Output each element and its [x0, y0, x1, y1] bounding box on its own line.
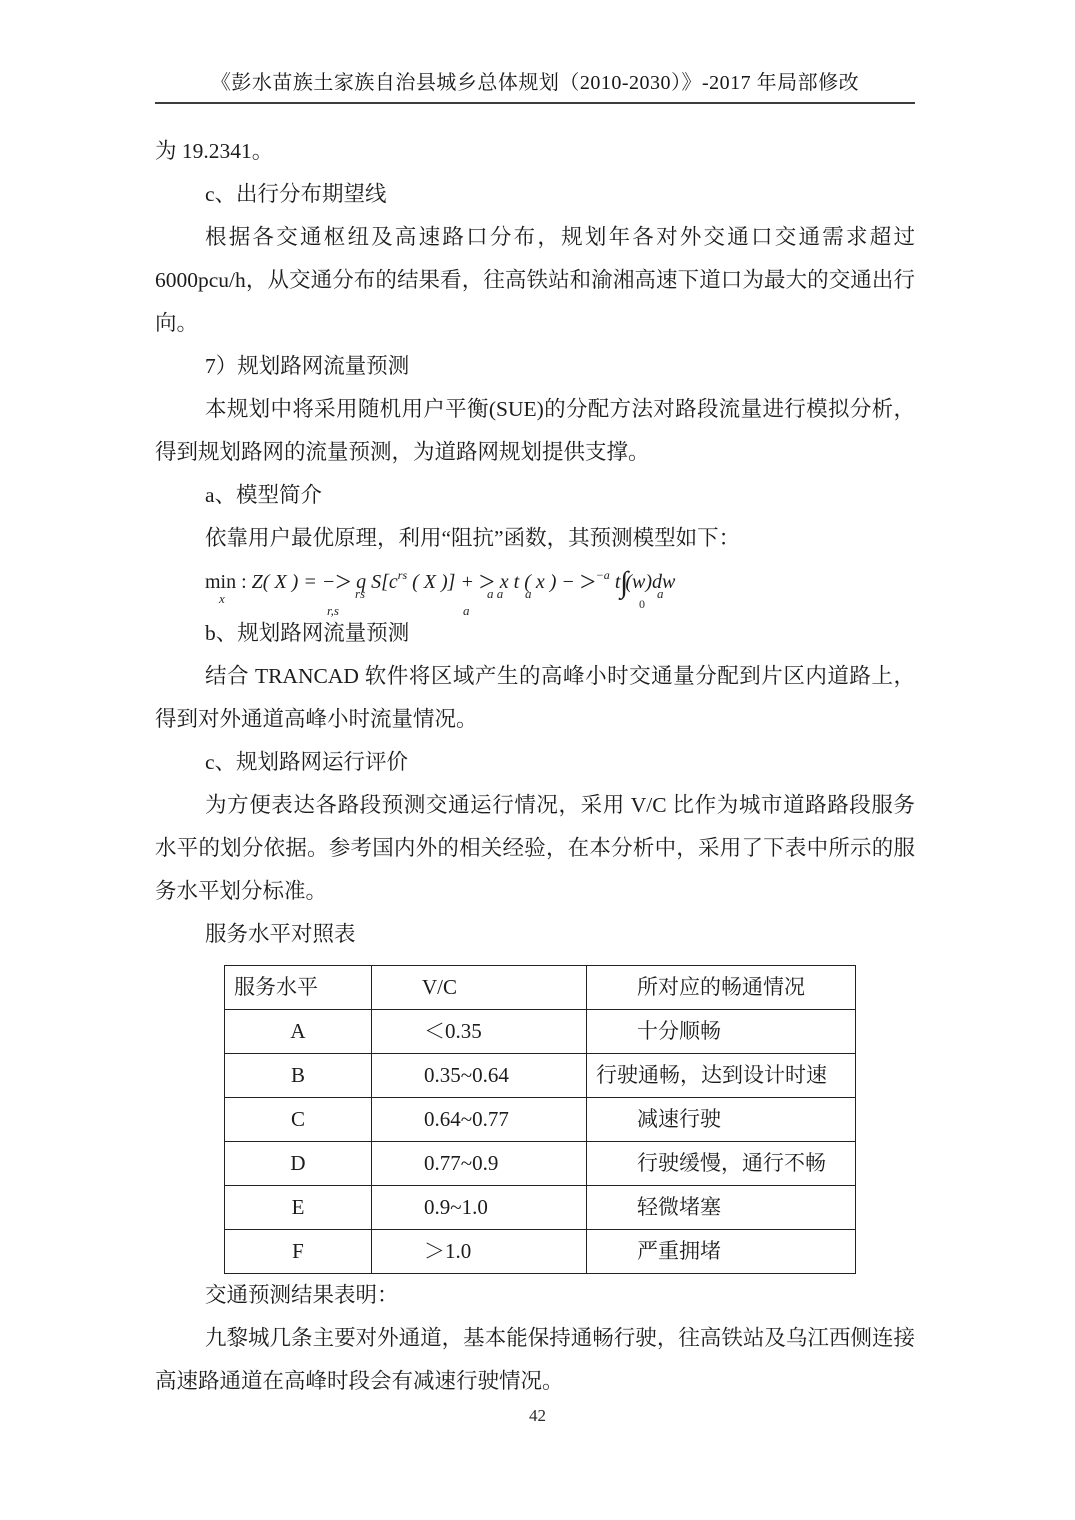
- table-cell: 行驶通畅，达到设计时速: [587, 1054, 856, 1098]
- integral-symbol: ∫: [620, 568, 628, 598]
- page-header: 《彭水苗族土家族自治县城乡总体规划（2010-2030）》-2017 年局部修改: [0, 0, 1075, 104]
- formula-text: x t ( x ) −: [495, 571, 580, 593]
- document-body: 为 19.2341。 c、出行分布期望线 根据各交通枢纽及高速路口分布，规划年各…: [155, 130, 915, 1403]
- paragraph-result-intro: 交通预测结果表明：: [155, 1274, 915, 1317]
- paragraph-trancad: 结合 TRANCAD 软件将区域产生的高峰小时交通量分配到片区内道路上，得到对外…: [155, 655, 915, 741]
- table-cell: 十分顺畅: [587, 1010, 856, 1054]
- formula-subscript: r,s: [327, 604, 339, 617]
- table-cell: B: [225, 1054, 372, 1098]
- formula-main-line: min : Z( X ) = −> q S[crs ( X )] + > x t…: [205, 560, 915, 597]
- integral-lower-limit: 0: [639, 598, 645, 611]
- table-row: B0.35~0.64行驶通畅，达到设计时速: [225, 1054, 856, 1098]
- formula-subscript: a: [657, 587, 664, 600]
- table-cell: 0.77~0.9: [372, 1142, 587, 1186]
- table-cell: ＜0.35: [372, 1010, 587, 1054]
- column-header-condition: 所对应的畅通情况: [587, 966, 856, 1010]
- formula-text: min :: [205, 571, 252, 593]
- subheading-a-model: a、模型简介: [155, 474, 915, 517]
- table-cell: 减速行驶: [587, 1098, 856, 1142]
- column-header-vc: V/C: [372, 966, 587, 1010]
- table-cell: 行驶缓慢，通行不畅: [587, 1142, 856, 1186]
- paragraph-sue: 本规划中将采用随机用户平衡(SUE)的分配方法对路段流量进行模拟分析，得到规划路…: [155, 388, 915, 474]
- subheading-c-evaluation: c、规划路网运行评价: [155, 741, 915, 784]
- superscript-a: −a: [596, 568, 610, 582]
- table-cell: 0.35~0.64: [372, 1054, 587, 1098]
- table-cell: ＞1.0: [372, 1230, 587, 1274]
- table-header-row: 服务水平 V/C 所对应的畅通情况: [225, 966, 856, 1010]
- formula-text: ( X )] +: [407, 571, 479, 593]
- table-cell: A: [225, 1010, 372, 1054]
- table-cell: 0.64~0.77: [372, 1098, 587, 1142]
- table-caption: 服务水平对照表: [155, 913, 915, 956]
- sue-model-formula: min : Z( X ) = −> q S[crs ( X )] + > x t…: [205, 560, 915, 612]
- formula-subscript: a: [463, 604, 470, 617]
- subheading-c-travel: c、出行分布期望线: [155, 173, 915, 216]
- table-row: C0.64~0.77减速行驶: [225, 1098, 856, 1142]
- column-header-service-level: 服务水平: [225, 966, 372, 1010]
- sum-symbol: >: [580, 567, 596, 598]
- table-cell: 轻微堵塞: [587, 1186, 856, 1230]
- sum-symbol: >: [335, 567, 351, 598]
- table-row: A＜0.35十分顺畅: [225, 1010, 856, 1054]
- table-row: E0.9~1.0轻微堵塞: [225, 1186, 856, 1230]
- formula-subscript: rs: [355, 587, 365, 600]
- superscript-rs: rs: [398, 568, 407, 582]
- page-number: 42: [0, 1406, 1075, 1426]
- formula-subscript: a: [525, 587, 532, 600]
- table-cell: D: [225, 1142, 372, 1186]
- table-cell: 0.9~1.0: [372, 1186, 587, 1230]
- paragraph-result: 九黎城几条主要对外通道，基本能保持通畅行驶，往高铁站及乌江西侧连接高速路通道在高…: [155, 1317, 915, 1403]
- table-row: F＞1.0严重拥堵: [225, 1230, 856, 1274]
- formula-subscript: x: [219, 592, 225, 605]
- formula-subscript: a a: [487, 587, 503, 600]
- table-cell: E: [225, 1186, 372, 1230]
- table-row: D0.77~0.9行驶缓慢，通行不畅: [225, 1142, 856, 1186]
- service-level-table: 服务水平 V/C 所对应的畅通情况 A＜0.35十分顺畅B0.35~0.64行驶…: [224, 965, 856, 1274]
- subheading-b-forecast: b、规划路网流量预测: [155, 612, 915, 655]
- table-cell: F: [225, 1230, 372, 1274]
- table-cell: 严重拥堵: [587, 1230, 856, 1274]
- document-page: 《彭水苗族土家族自治县城乡总体规划（2010-2030）》-2017 年局部修改…: [0, 0, 1075, 1520]
- paragraph-distribution: 根据各交通枢纽及高速路口分布，规划年各对外交通口交通需求超过6000pcu/h，…: [155, 216, 915, 345]
- paragraph-value: 为 19.2341。: [155, 130, 915, 173]
- paragraph-model-intro: 依靠用户最优原理，利用“阻抗”函数，其预测模型如下：: [155, 517, 915, 560]
- document-title: 《彭水苗族土家族自治县城乡总体规划（2010-2030）》-2017 年局部修改: [155, 70, 915, 96]
- header-rule: [155, 102, 915, 104]
- service-table-body: A＜0.35十分顺畅B0.35~0.64行驶通畅，达到设计时速C0.64~0.7…: [225, 1010, 856, 1274]
- heading-7: 7）规划路网流量预测: [155, 345, 915, 388]
- paragraph-vc-ratio: 为方便表达各路段预测交通运行情况，采用 V/C 比作为城市道路路段服务水平的划分…: [155, 784, 915, 913]
- formula-text: Z( X ) = −: [252, 571, 336, 593]
- table-cell: C: [225, 1098, 372, 1142]
